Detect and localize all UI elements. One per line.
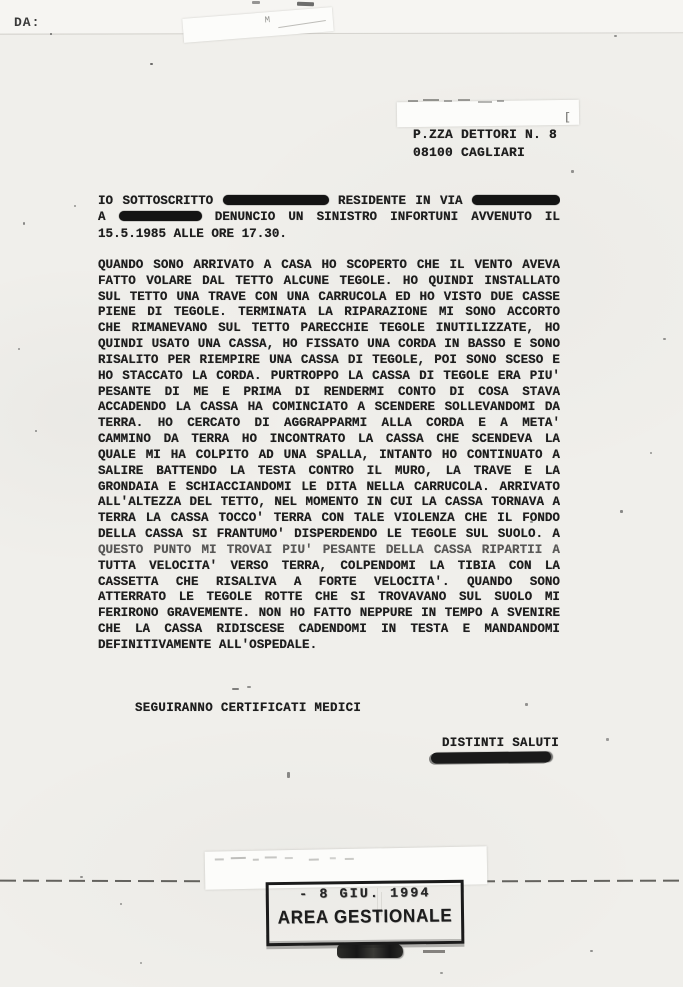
scan-speck [252,1,260,4]
typed-line: 15.5.1985 ALLE ORE 17.30. [98,226,560,242]
scan-speck [590,950,593,952]
scan-speck [440,972,443,974]
whiteout-strip-address [397,100,579,128]
scan-speck [297,2,314,7]
scan-speck [571,170,574,173]
sender-address: P.ZZA DETTORI N. 8 08100 CAGLIARI [413,126,557,161]
typed-line: FATTO VOLARE DAL TETTO ALCUNE TEGOLE. HO… [98,274,560,290]
strip-remnant-mark: M [264,15,270,25]
scan-top-band [0,0,683,33]
typed-line: TERRA LA CASSA TOCCO' TERRA CON TALE VIO… [98,511,560,527]
typed-line: TUTTA VELOCITA' VERSO TERRA, COLPENDOMI … [98,559,560,575]
text-remnant [458,99,470,101]
typed-line: CAMMINO DA TERRA HO INCONTRATO LA CASSA … [98,432,560,448]
typed-line: DELLA CASSA SI FRANTUMO' DISPERDENDO LE … [98,527,560,543]
text-remnant [408,100,418,102]
ink-smudge [337,944,403,958]
scan-speck [150,63,153,65]
text-remnant [285,857,293,859]
text-remnant [253,859,259,861]
typed-line: QUESTO PUNTO MI TROVAI PIU' PESANTE DELL… [98,543,560,559]
text-remnant [497,100,504,102]
typed-line: ATTERRATO LE TEGOLE ROTTE CHE SI TROVAVA… [98,590,560,606]
followup-note: SEGUIRANNO CERTIFICATI MEDICI [135,701,361,715]
typed-line: DEFINITIVAMENTE ALL'OSPEDALE. [98,638,560,654]
typed-line: SUL TETTO UNA TRAVE CON UNA CARRUCOLA ED… [98,290,560,306]
typed-line: PIENE DI TEGOLE. TERMINATA LA RIPARAZION… [98,305,560,321]
ink-smudge-dash [423,950,445,953]
scan-speck [620,510,623,513]
stamp-label: AREA GESTIONALE [269,905,461,929]
signature-redaction-bar [431,751,551,763]
typed-line: HO STACCATO LA CORDA. PURTROPPO LA CASSA… [98,369,560,385]
typed-line: QUINDI USATO UNA CASSA, HO FISSATO UNA C… [98,337,560,353]
typed-line: QUANDO SONO ARRIVATO A CASA HO SCOPERTO … [98,258,560,274]
scan-speck [50,33,52,35]
from-label: DA: [14,15,40,30]
typed-line: QUALE MI HA COLPITO AD UNA SPALLA, INTAN… [98,448,560,464]
typed-line: TERRA. HO CERCATO DI AGGRAPPARMI ALLA CO… [98,416,560,432]
scan-speck [287,772,290,778]
scan-artifact-line [0,32,683,34]
typed-line: ALL'ALTEZZA DEL TETTO, NEL MOMENTO IN CU… [98,495,560,511]
letter-intro: IO SOTTOSCRITTO RESIDENTE IN VIA A DENUN… [98,193,560,242]
redaction-bar [223,195,329,205]
fold-line-right [456,880,683,883]
closing-salutation: DISTINTI SALUTI [442,736,559,750]
scan-speck [23,222,25,225]
scan-speck [530,521,533,523]
typed-line: SALIRE BATTENDO LA TESTA CONTRO IL MURO,… [98,464,560,480]
scanned-letter-page: DA: M [ P.ZZA DETTORI N. 8 08100 CAGLIAR… [0,0,683,987]
scan-speck [120,903,122,905]
scan-speck [140,962,142,964]
scan-speck [650,452,652,454]
typed-line: CHE RIMANEVANO SUL TETTO PARECCHIE TEGOL… [98,321,560,337]
typed-line: GRONDAIA E SCHIACCIANDOMI LE DITA NELLA … [98,480,560,496]
date-stamp: - 8 GIU. 1994 AREA GESTIONALE [266,880,465,946]
text-remnant [231,857,246,859]
text-remnant [309,859,319,861]
redaction-bar [472,195,560,205]
stray-bracket-mark: [ [564,112,571,124]
scan-speck [614,35,617,37]
scan-speck [232,688,239,690]
scan-speck [74,205,76,207]
scan-speck [663,338,666,340]
address-line-1: P.ZZA DETTORI N. 8 [413,126,557,144]
address-line-2: 08100 CAGLIARI [413,144,557,162]
scan-speck [247,686,251,688]
text-remnant [330,857,336,859]
typed-line: CHE LA CASSA RIDISCESE CADENDOMI IN TEST… [98,622,560,638]
scan-speck [80,876,83,878]
typed-line: FERIRONO GRAVEMENTE. NON HO FATTO NEPPUR… [98,606,560,622]
typed-line: A DENUNCIO UN SINISTRO INFORTUNI AVVENUT… [98,209,560,225]
scan-speck [606,738,609,741]
scan-speck [35,430,37,432]
text-remnant [423,99,439,101]
scan-speck [525,703,528,706]
typed-line: RISALITO PER RIEMPIRE UNA CASSA DI TEGOL… [98,353,560,369]
text-remnant [215,858,224,860]
typed-line: IO SOTTOSCRITTO RESIDENTE IN VIA [98,193,560,209]
stamp-date: - 8 GIU. 1994 [269,886,461,903]
text-remnant [478,101,492,103]
scan-speck [18,348,20,350]
letter-body: QUANDO SONO ARRIVATO A CASA HO SCOPERTO … [98,258,560,654]
redaction-bar [119,211,202,221]
typed-line: PESANTE DI ME E PRIMA DI RENDERMI CONTO … [98,385,560,401]
typed-line: ACCADENDO LA CASSA HA COMINCIATO A SCEND… [98,400,560,416]
typed-line: CASSETTA CHE RISALIVA A FORTE VELOCITA'.… [98,575,560,591]
strip-scratch [278,20,326,28]
text-remnant [444,100,452,102]
text-remnant [265,856,277,858]
text-remnant [345,858,354,860]
